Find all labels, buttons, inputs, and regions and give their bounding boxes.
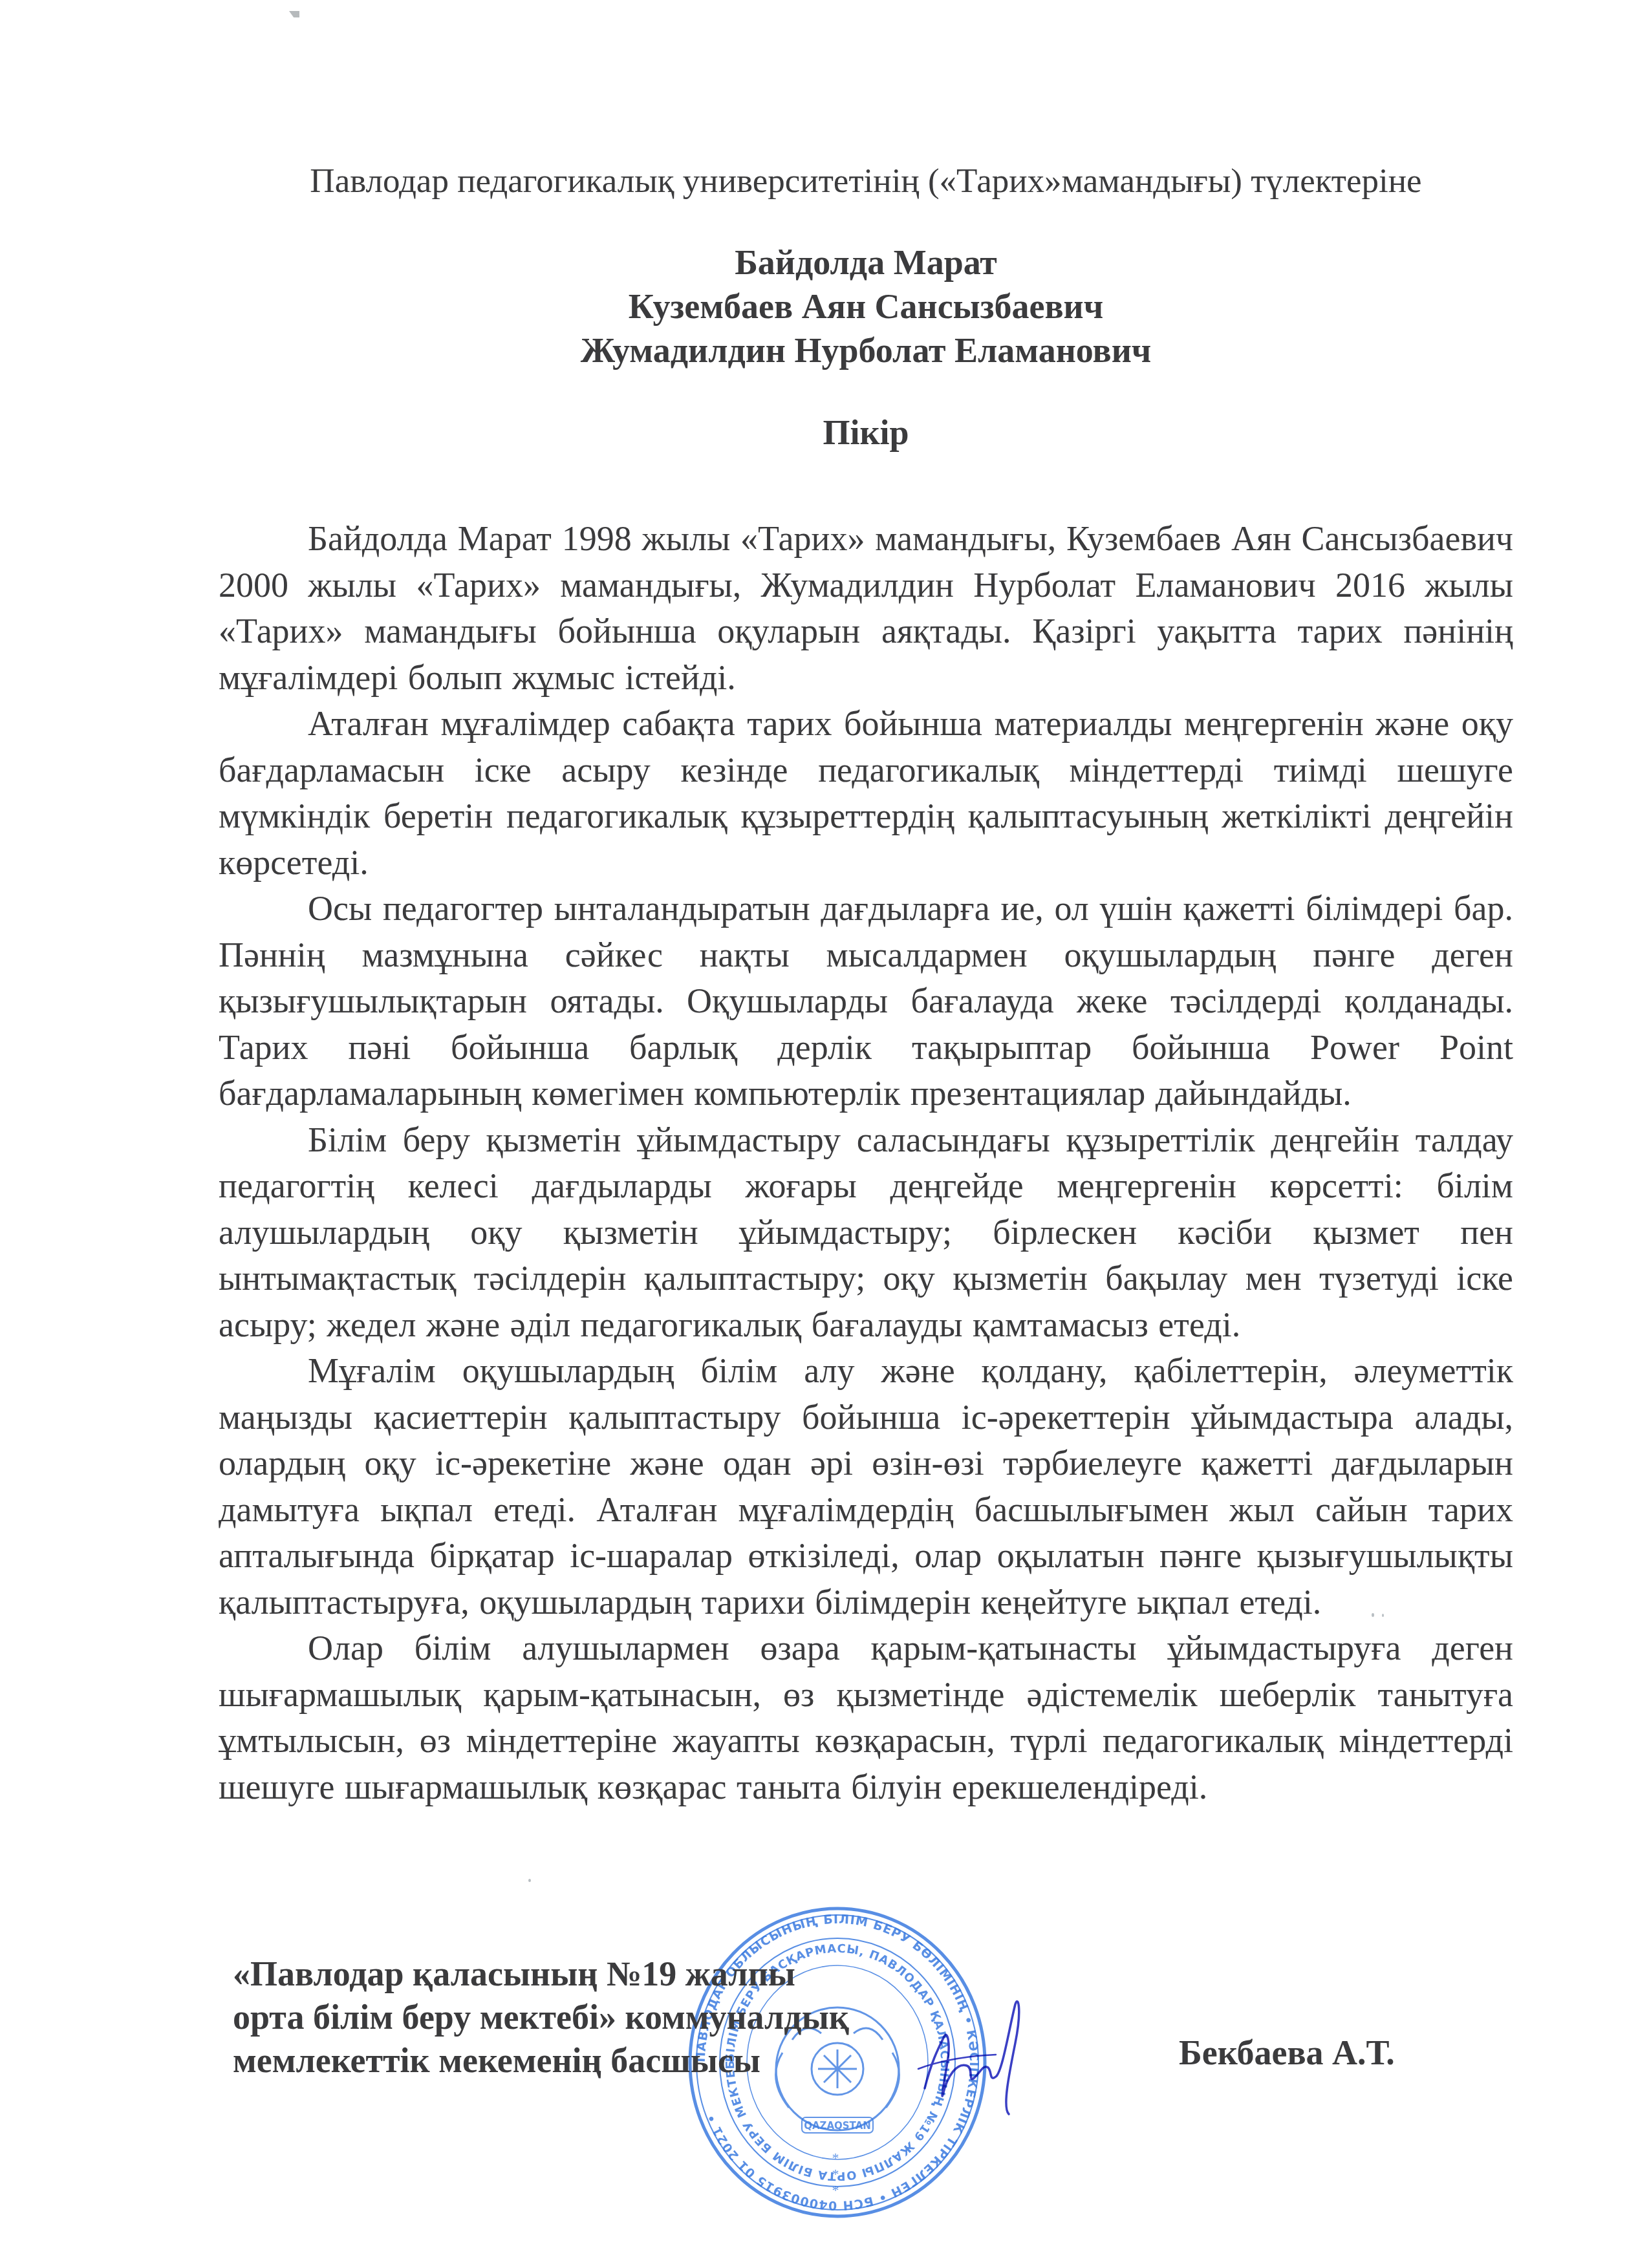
scan-speck <box>1372 1613 1374 1617</box>
document-page: Павлодар педагогикалық университетінің (… <box>0 0 1649 2268</box>
svg-text:*: * <box>832 2182 839 2198</box>
scan-speck <box>1382 1614 1384 1617</box>
graduate-names: Байдолда Марат Кузембаев Аян Сансызбаеви… <box>219 241 1513 372</box>
handwritten-signature-icon <box>912 1991 1035 2121</box>
scan-speck <box>528 1879 531 1882</box>
signatory-position-line: «Павлодар қаласының №19 жалпы <box>233 1952 849 1996</box>
signatory-position-line: орта білім беру мектебі» коммуналдық <box>233 1996 849 2039</box>
document-body: Байдолда Марат 1998 жылы «Тарих» маманды… <box>219 516 1513 1810</box>
document-title: Пікір <box>219 412 1513 453</box>
graduate-name: Байдолда Марат <box>219 241 1513 284</box>
signatory-position-line: мемлекеттік мекеменің басшысы <box>233 2039 849 2082</box>
body-paragraph: Мұғалім оқушылардың білім алу және қолда… <box>219 1348 1513 1625</box>
svg-text:*: * <box>832 2166 839 2182</box>
body-paragraph: Білім беру қызметін ұйымдастыру саласынд… <box>219 1117 1513 1349</box>
graduate-name: Кузембаев Аян Сансызбаевич <box>219 284 1513 328</box>
addressee-line: Павлодар педагогикалық университетінің (… <box>219 160 1513 202</box>
body-paragraph: Байдолда Марат 1998 жылы «Тарих» маманды… <box>219 516 1513 701</box>
scan-artifact <box>289 11 299 17</box>
body-paragraph: Осы педагогтер ынталандыратын дағдыларға… <box>219 886 1513 1117</box>
body-paragraph: Олар білім алушылармен өзара қарым-қатын… <box>219 1625 1513 1810</box>
graduate-name: Жумадилдин Нурболат Еламанович <box>219 328 1513 372</box>
body-paragraph: Аталған мұғалімдер сабақта тарих бойынша… <box>219 701 1513 886</box>
svg-text:*: * <box>832 2150 839 2166</box>
signatory-position: «Павлодар қаласының №19 жалпы орта білім… <box>233 1952 849 2082</box>
svg-text:QAZAQSTAN: QAZAQSTAN <box>804 2120 871 2132</box>
signer-name: Бекбаева А.Т. <box>1179 2032 1395 2073</box>
